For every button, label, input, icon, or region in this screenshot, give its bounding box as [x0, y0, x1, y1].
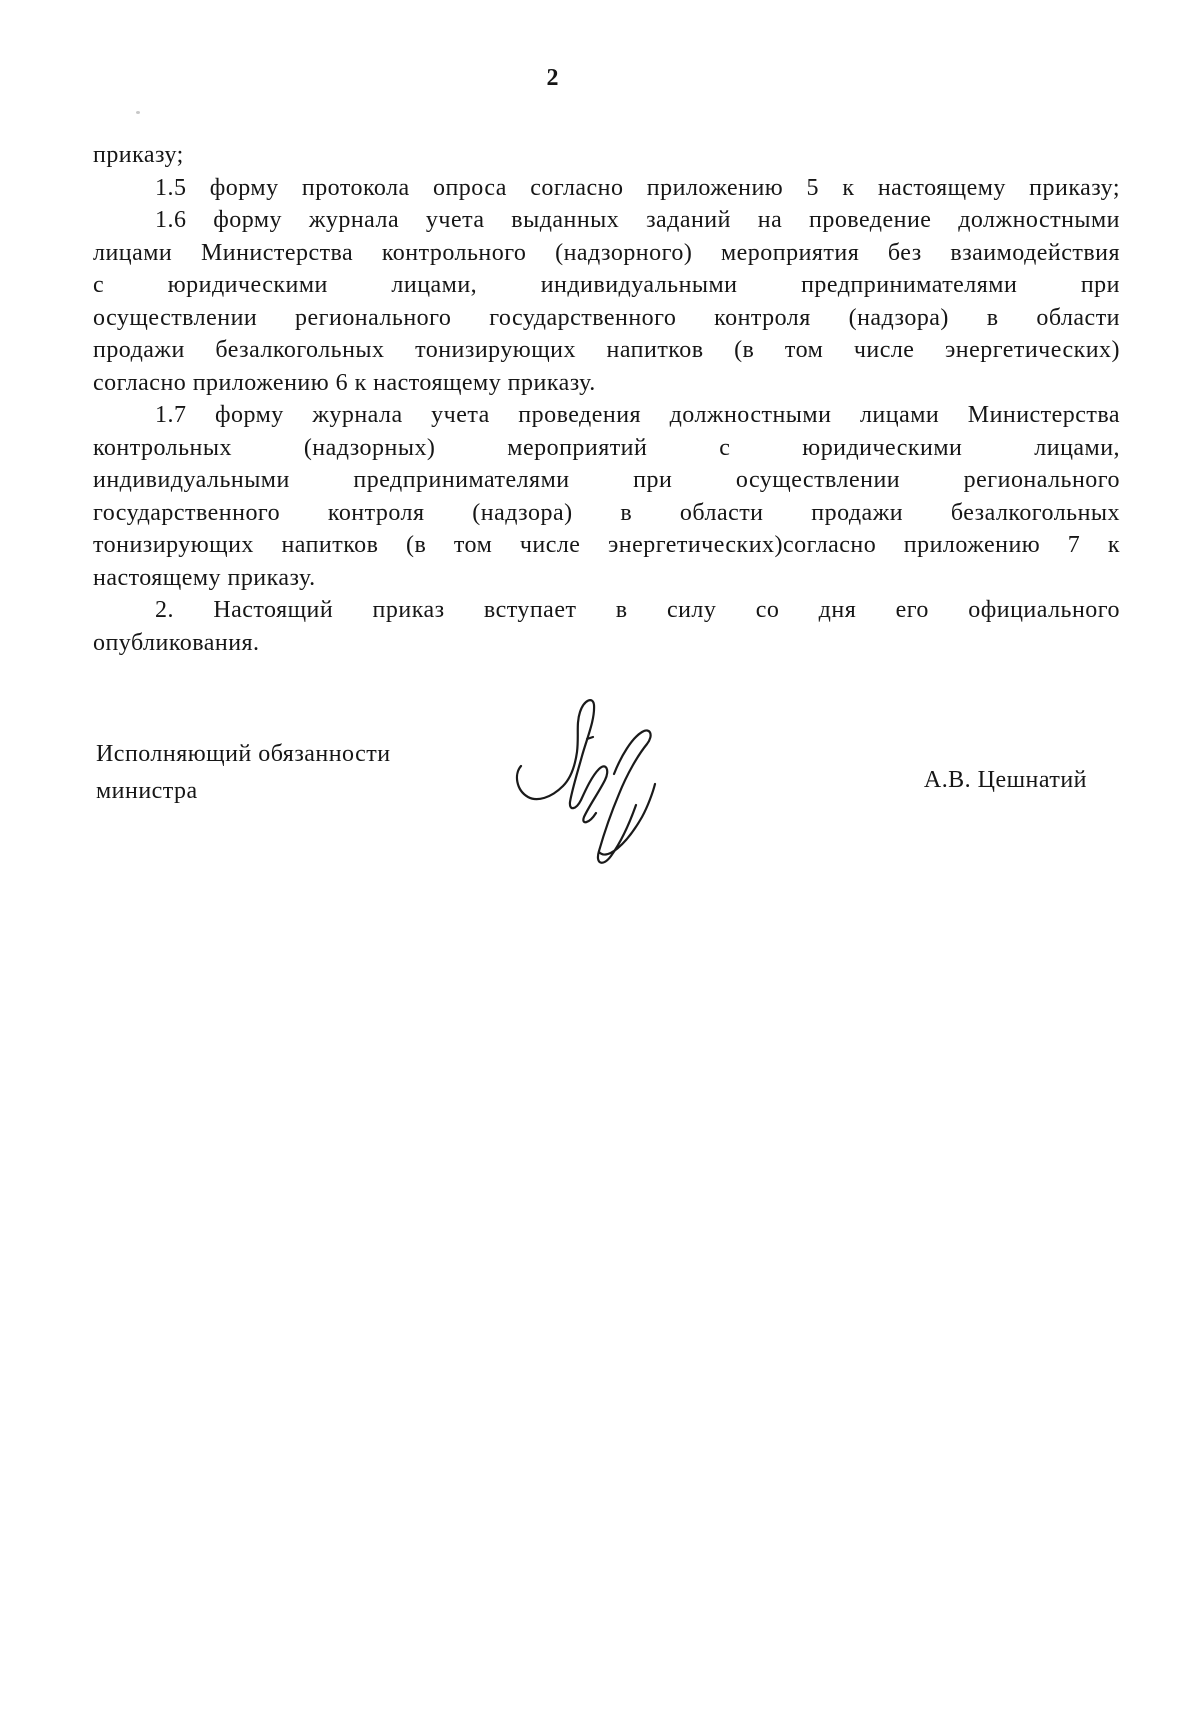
text-line: продажи безалкогольных тонизирующих напи…	[93, 334, 1120, 367]
signatory-role-line: Исполняющий обязанности	[96, 736, 391, 773]
document-page: 2 приказу; 1.5 форму протокола опроса со…	[0, 0, 1200, 1727]
text-line: лицами Министерства контрольного (надзор…	[93, 237, 1120, 270]
text-line: настоящему приказу.	[93, 562, 1120, 595]
scan-speck	[136, 111, 140, 114]
text-line: контрольных (надзорных) мероприятий с юр…	[93, 432, 1120, 465]
text-line: 2. Настоящий приказ вступает в силу со д…	[93, 594, 1120, 627]
document-body: приказу; 1.5 форму протокола опроса согл…	[93, 139, 1120, 659]
text-line: опубликования.	[93, 627, 1120, 660]
handwritten-signature-icon	[512, 694, 664, 872]
text-line: согласно приложению 6 к настоящему прика…	[93, 367, 1120, 400]
signatory-role-line: министра	[96, 773, 391, 810]
text-line: индивидуальными предпринимателями при ос…	[93, 464, 1120, 497]
signatory-role: Исполняющий обязанности министра	[96, 736, 391, 810]
text-line: 1.7 форму журнала учета проведения должн…	[93, 399, 1120, 432]
text-line: тонизирующих напитков (в том числе энерг…	[93, 529, 1120, 562]
text-line: государственного контроля (надзора) в об…	[93, 497, 1120, 530]
text-line: приказу;	[93, 139, 1120, 172]
text-line: 1.6 форму журнала учета выданных заданий…	[93, 204, 1120, 237]
text-line: с юридическими лицами, индивидуальными п…	[93, 269, 1120, 302]
text-line: осуществлении регионального государствен…	[93, 302, 1120, 335]
text-line: 1.5 форму протокола опроса согласно прил…	[93, 172, 1120, 205]
page-number: 2	[0, 64, 1105, 92]
signatory-name: А.В. Цешнатий	[924, 763, 1087, 797]
